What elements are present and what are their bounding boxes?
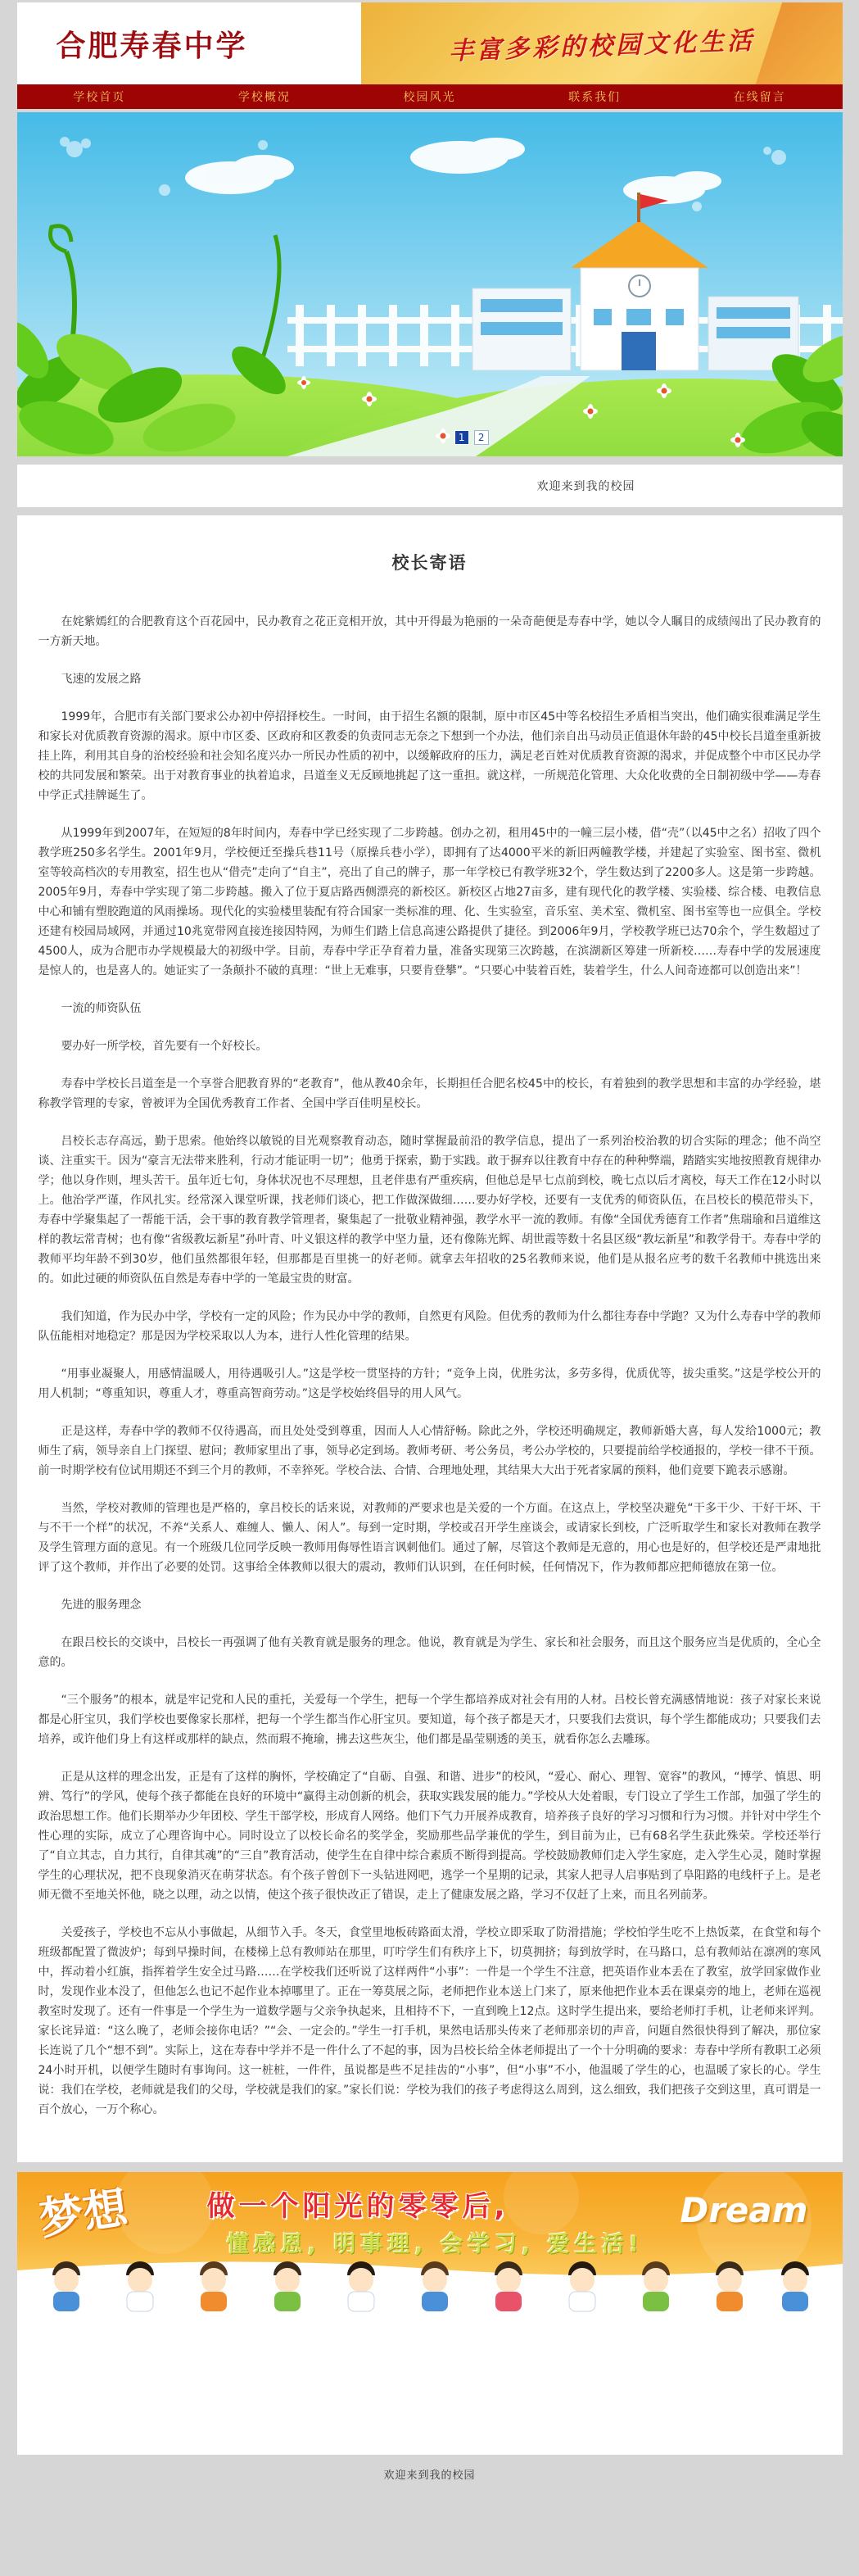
- paragraph: 正是这样，寿春中学的教师不仅待遇高，而且处处受到尊重，因而人人心情舒畅。除此之外…: [38, 1422, 821, 1481]
- school-name: 合肥寿春中学: [57, 23, 248, 65]
- paragraph: 在跟吕校长的交谈中，吕校长一再强调了他有关教育就是服务的理念。他说，教育就是为学…: [38, 1633, 821, 1672]
- banner-slogan-line2: 懂感恩, 明事理, 会学习, 爱生活!: [227, 2226, 644, 2258]
- paragraph: 寿春中学校长吕道奎是一个享誉合肥教育界的“老教育”，他从教40余年，长期担任合肥…: [38, 1074, 821, 1113]
- paragraph: “三个服务”的根本，就是牢记党和人民的重托，关爱每一个学生，把每一个学生都培养成…: [38, 1690, 821, 1749]
- hero-slideshow: 1 2: [17, 112, 843, 456]
- banner-dream-en: Dream: [680, 2190, 807, 2230]
- paragraph: 从1999年到2007年，在短短的8年时间内，寿春中学已经实现了二步跨越。创办之…: [38, 823, 821, 981]
- pager-dot-2[interactable]: 2: [474, 430, 489, 445]
- site-header: 合肥寿春中学 丰富多彩的校园文化生活: [17, 2, 843, 84]
- site-footer: 欢迎来到我的校园: [17, 2455, 843, 2492]
- paragraph: 在姹紫嫣红的合肥教育这个百花园中，民办教育之花正竞相开放，其中开得最为艳丽的一朵…: [38, 612, 821, 651]
- header-banner-image: 丰富多彩的校园文化生活: [361, 2, 843, 84]
- paragraph: 当然，学校对教师的管理也是严格的，拿吕校长的话来说，对教师的严要求也是关爱的一个…: [38, 1499, 821, 1577]
- section-heading-service: 先进的服务理念: [38, 1595, 821, 1615]
- nav-item-home[interactable]: 学校首页: [73, 88, 125, 105]
- article-panel: 校长寄语 在姹紫嫣红的合肥教育这个百花园中，民办教育之花正竞相开放，其中开得最为…: [17, 515, 843, 2162]
- bottom-banner: 梦想 做一个阳光的零零后, 懂感恩, 明事理, 会学习, 爱生活! Dream: [17, 2172, 843, 2324]
- pager-dot-1[interactable]: 1: [454, 430, 469, 445]
- section-heading-development: 飞速的发展之路: [38, 669, 821, 689]
- paragraph: “用事业凝聚人，用感情温暖人，用待遇吸引人。”这是学校一贯坚持的方针；“竞争上岗…: [38, 1364, 821, 1404]
- campus-illustration: [17, 112, 843, 456]
- nav-item-message[interactable]: 在线留言: [734, 88, 786, 105]
- banner-dream-cn: 梦想: [34, 2173, 131, 2247]
- page-title: 校长寄语: [38, 550, 821, 574]
- paragraph: 我们知道，作为民办中学，学校有一定的风险；作为民办中学的教师，自然更有风险。但优…: [38, 1307, 821, 1346]
- page-container: 合肥寿春中学 丰富多彩的校园文化生活 学校首页 学校概况 校园风光 联系我们 在…: [17, 0, 843, 2492]
- welcome-text: 欢迎来到我的校园: [537, 478, 635, 494]
- footer-text: 欢迎来到我的校园: [383, 2466, 475, 2482]
- welcome-strip: 欢迎来到我的校园: [17, 465, 843, 507]
- section-heading-faculty: 一流的师资队伍: [38, 999, 821, 1018]
- paragraph: 要办好一所学校，首先要有一个好校长。: [38, 1036, 821, 1056]
- slideshow-pagination: 1 2: [454, 430, 489, 445]
- header-slogan: 丰富多彩的校园文化生活: [448, 20, 755, 66]
- nav-item-scenery[interactable]: 校园风光: [403, 88, 455, 105]
- nav-item-overview[interactable]: 学校概况: [238, 88, 291, 105]
- paragraph: 1999年，合肥市有关部门要求公办初中停招择校生。一时间，由于招生名额的限制，原…: [38, 707, 821, 805]
- nav-item-contact[interactable]: 联系我们: [568, 88, 621, 105]
- paragraph: 吕校长志存高远，勤于思索。他始终以敏锐的目光观察教育动态，随时掌握最前沿的教学信…: [38, 1132, 821, 1289]
- paragraph: 正是从这样的理念出发，正是有了这样的胸怀，学校确定了“自砺、自强、和谐、进步”的…: [38, 1767, 821, 1905]
- paragraph: 关爱孩子，学校也不忘从小事做起，从细节入手。冬天，食堂里地板砖路面太滑，学校立即…: [38, 1923, 821, 2120]
- logo-area: 合肥寿春中学: [17, 2, 361, 84]
- main-nav: 学校首页 学校概况 校园风光 联系我们 在线留言: [17, 84, 843, 109]
- bottom-spacer: [17, 2324, 843, 2455]
- banner-slogan-line1: 做一个阳光的零零后,: [207, 2184, 509, 2224]
